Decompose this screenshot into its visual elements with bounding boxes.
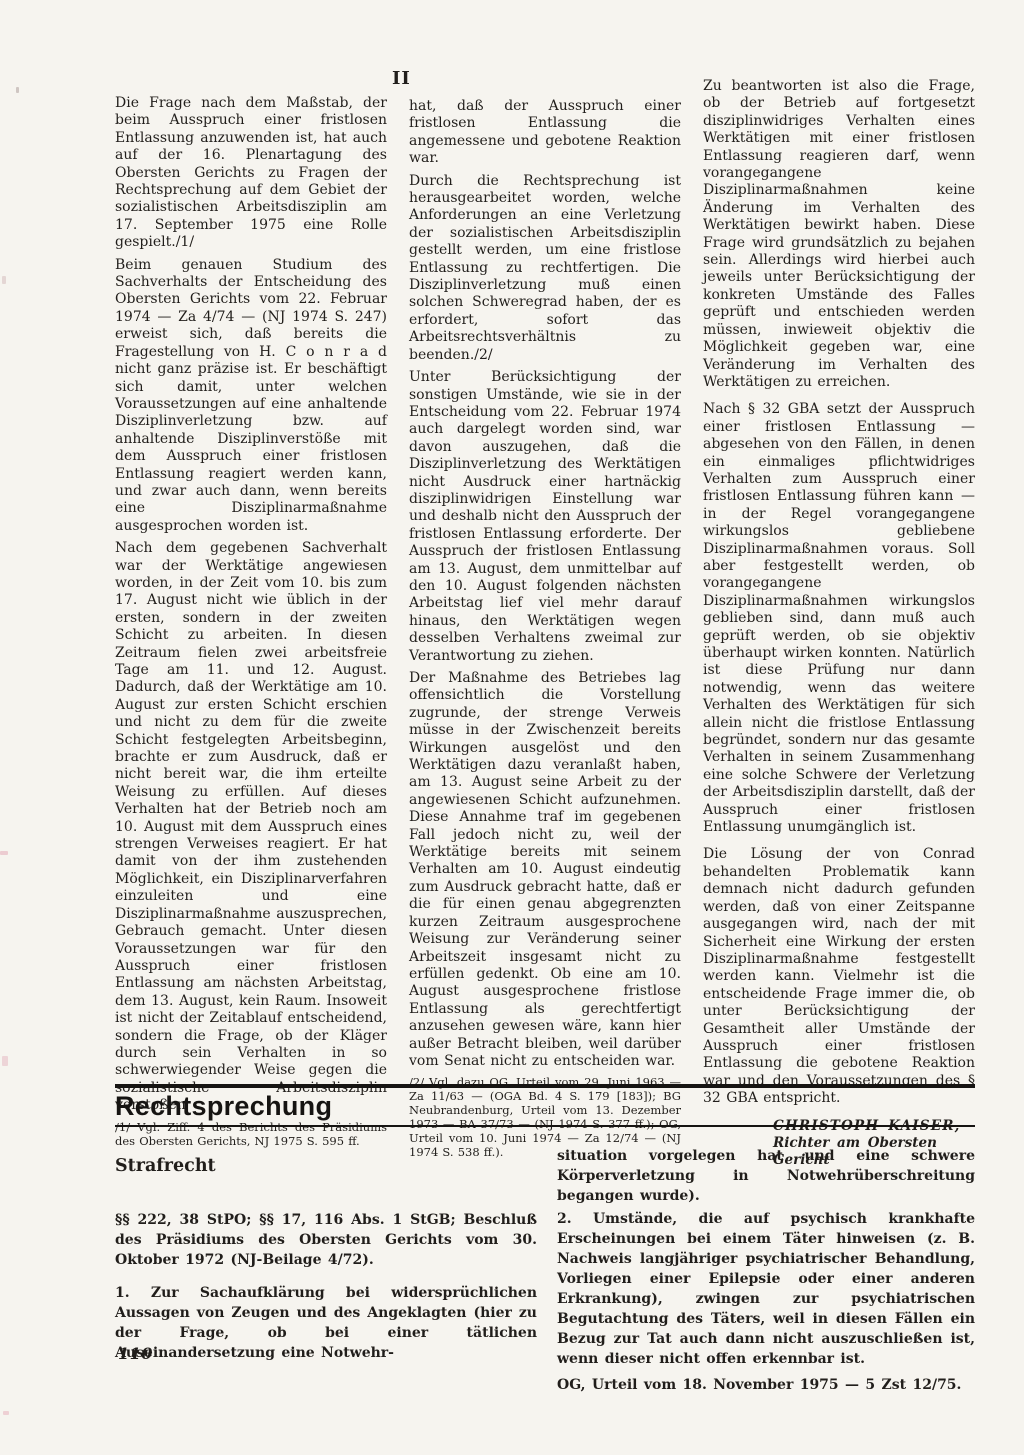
article-paragraph: Der Maßnahme des Betriebes lag offensich… bbox=[409, 670, 681, 1070]
guiding-principle-1-continued: situation vorgelegen hat und eine schwer… bbox=[557, 1146, 975, 1206]
decision-citation: OG, Urteil vom 18. November 1975 — 5 Zst… bbox=[557, 1375, 975, 1395]
guiding-principle-1: 1. Zur Sachaufklärung bei widersprüchlic… bbox=[115, 1283, 537, 1363]
decision-headnote: §§ 222, 38 StPO; §§ 17, 116 Abs. 1 StGB;… bbox=[115, 1210, 537, 1270]
scan-artifact bbox=[16, 87, 19, 93]
article-paragraph: Nach § 32 GBA setzt der Ausspruch einer … bbox=[703, 401, 975, 836]
article-column-2: hat, daß der Ausspruch einer fristlosen … bbox=[409, 98, 681, 1064]
article-column-1: Die Frage nach dem Maßstab, der beim Aus… bbox=[115, 95, 387, 1064]
article-paragraph: Die Lösung der von Conrad behandelten Pr… bbox=[703, 846, 975, 1107]
guiding-principle-2: 2. Umstände, die auf psychisch krankhaft… bbox=[557, 1209, 975, 1369]
part-numeral: II bbox=[392, 68, 411, 89]
article-paragraph: Zu beantworten ist also die Frage, ob de… bbox=[703, 78, 975, 391]
page-number: 110 bbox=[118, 1344, 153, 1363]
section-divider-rule-bottom bbox=[115, 1125, 975, 1127]
article-paragraph: Beim genauen Studium des Sachverhalts de… bbox=[115, 257, 387, 536]
section-heading-rechtsprechung: Rechtsprechung bbox=[115, 1091, 332, 1122]
scan-artifact bbox=[2, 1056, 8, 1066]
article-paragraph: Nach dem gegebenen Sachverhalt war der W… bbox=[115, 540, 387, 1114]
decision-column-left: §§ 222, 38 StPO; §§ 17, 116 Abs. 1 StGB;… bbox=[115, 1210, 537, 1363]
subsection-heading-strafrecht: Strafrecht bbox=[115, 1156, 216, 1176]
article-paragraph: Die Frage nach dem Maßstab, der beim Aus… bbox=[115, 95, 387, 252]
footnote-1: /1/ Vgl. Ziff. 4 des Berichts des Präsid… bbox=[115, 1120, 387, 1148]
scan-artifact bbox=[0, 851, 8, 855]
article-column-3: Zu beantworten ist also die Frage, ob de… bbox=[703, 78, 975, 1064]
article-paragraph: Durch die Rechtsprechung ist herausgearb… bbox=[409, 173, 681, 364]
scan-artifact bbox=[3, 1411, 9, 1415]
journal-page: II Die Frage nach dem Maßstab, der beim … bbox=[0, 0, 1024, 1455]
article-paragraph: hat, daß der Ausspruch einer fristlosen … bbox=[409, 98, 681, 168]
article-paragraph: Unter Berücksichtigung der sonstigen Ums… bbox=[409, 369, 681, 665]
decision-column-right: situation vorgelegen hat und eine schwer… bbox=[557, 1146, 975, 1395]
section-divider-rule-top bbox=[115, 1084, 975, 1088]
scan-artifact bbox=[2, 276, 6, 284]
